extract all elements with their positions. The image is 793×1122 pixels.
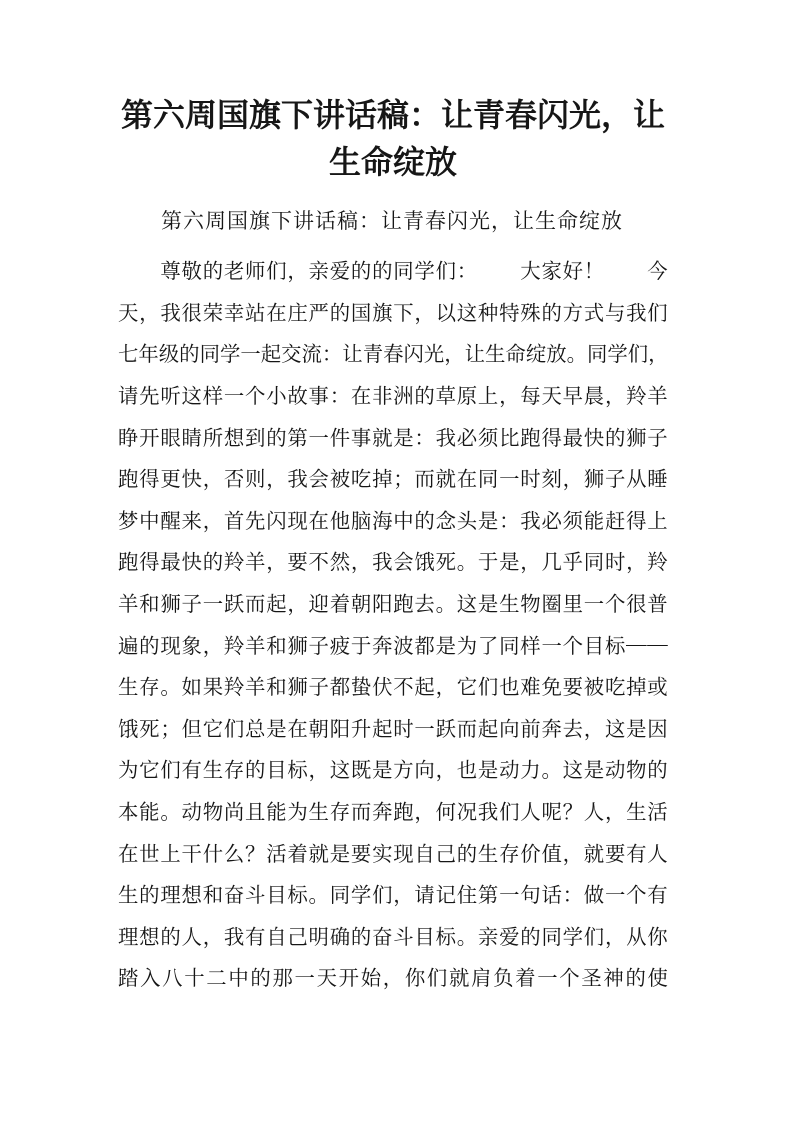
paragraph-line: 跑得最快的羚羊，要不然，我会饿死。于是，几乎同时，羚 (118, 540, 668, 582)
paragraph-line: 本能。动物尚且能为生存而奔跑，何况我们人呢？人，生活 (118, 790, 668, 832)
paragraph-line: 踏入八十二中的那一天开始，你们就肩负着一个圣神的使 (118, 956, 668, 998)
paragraph-line: 在世上干什么？活着就是要实现自己的生存价值，就要有人 (118, 831, 668, 873)
paragraph-line: 生的理想和奋斗目标。同学们，请记住第一句话：做一个有 (118, 873, 668, 915)
document-body-paragraph: 尊敬的老师们，亲爱的的同学们： 大家好！ 今 天，我很荣幸站在庄严的国旗下，以这… (118, 249, 668, 998)
paragraph-line: 生存。如果羚羊和狮子都蛰伏不起，它们也难免要被吃掉或 (118, 665, 668, 707)
paragraph-line: 请先听这样一个小故事：在非洲的草原上，每天早晨，羚羊 (118, 374, 668, 416)
paragraph-line: 梦中醒来，首先闪现在他脑海中的念头是：我必须能赶得上 (118, 499, 668, 541)
paragraph-line: 饿死；但它们总是在朝阳升起时一跃而起向前奔去，这是因 (118, 707, 668, 749)
paragraph-line: 尊敬的老师们，亲爱的的同学们： 大家好！ 今 (118, 249, 668, 291)
document-title: 第六周国旗下讲话稿：让青春闪光，让生命绽放 (118, 92, 668, 186)
paragraph-line: 七年级的同学一起交流：让青春闪光，让生命绽放。同学们， (118, 332, 668, 374)
document-subtitle-line: 第六周国旗下讲话稿：让青春闪光，让生命绽放 (118, 200, 668, 242)
paragraph-line: 睁开眼睛所想到的第一件事就是：我必须比跑得最快的狮子 (118, 415, 668, 457)
paragraph-line: 跑得更快，否则，我会被吃掉；而就在同一时刻，狮子从睡 (118, 457, 668, 499)
paragraph-line: 天，我很荣幸站在庄严的国旗下，以这种特殊的方式与我们 (118, 291, 668, 333)
paragraph-line: 遍的现象，羚羊和狮子疲于奔波都是为了同样一个目标—— (118, 623, 668, 665)
paragraph-line: 为它们有生存的目标，这既是方向，也是动力。这是动物的 (118, 748, 668, 790)
document-page: 第六周国旗下讲话稿：让青春闪光，让生命绽放 第六周国旗下讲话稿：让青春闪光，让生… (0, 0, 793, 1122)
paragraph-line: 羊和狮子一跃而起，迎着朝阳跑去。这是生物圈里一个很普 (118, 582, 668, 624)
paragraph-line: 理想的人，我有自己明确的奋斗目标。亲爱的同学们，从你 (118, 915, 668, 957)
